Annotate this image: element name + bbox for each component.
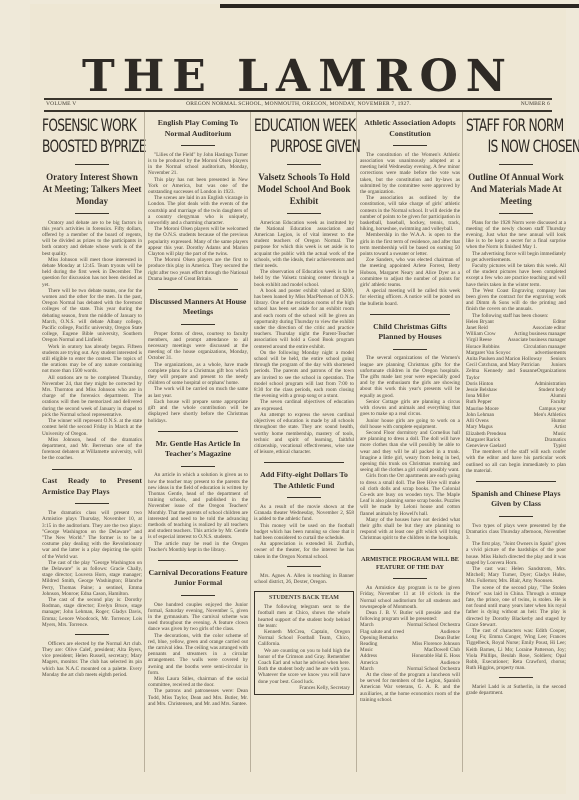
divider [476,481,556,482]
article-text: The advertising force will begin immedia… [466,251,566,263]
article-text: The cast of the second play is: Dorothy … [42,597,142,628]
article-text: This play has not been presented in New … [148,177,248,196]
article-text: An Armistice day program is to be given … [360,585,460,610]
divider [499,516,533,517]
headline-education-1: EDUCATION WEEK [254,116,326,137]
article-text: The decorations, with the color scheme o… [148,633,248,676]
headline-carnival: Carnival Decorations Feature Junior Form… [148,568,248,589]
column-rule [356,112,357,772]
article-text: The seven cardinal objectives of educati… [254,399,354,411]
article-text: The first play, "Joint Owners in Spain" … [466,541,566,566]
article-text: Plans for the 1928 Norm were discussed a… [466,220,566,251]
list-item-role: Organizations [537,368,566,380]
volume-label: VOLUME V [46,101,76,107]
article-text: The cast was: Helen Sandstrom, Mrs. Mitc… [466,566,566,585]
article-text: As a result of the movie shown at the Gr… [254,504,354,523]
headline-english-play: English Play Coming To Normal Auditorium [148,118,248,139]
divider [158,289,238,290]
divider [52,469,132,470]
divider [393,145,427,146]
headline-athletic-fund: Add Fifty-eight Dollars To The Athletic … [254,470,354,491]
article-text: Proper forms of dress, courtesy to facul… [148,331,248,362]
article-text: The constitution of the Women's Athletic… [360,152,460,195]
article-text: Oratory and debate are to be big factors… [42,220,142,257]
divider [181,595,215,596]
article-text: The winner will represent O.N.S. at the … [42,418,142,437]
article-text: The dramatics class will present two Arm… [42,510,142,560]
article-text: A book and poster exhibit valued at $200… [254,288,354,350]
masthead-rule-bottom [44,110,552,112]
headline-cast: Cast Ready to Present Armistice Day Play… [42,476,142,497]
article-text: The patrons and patronesses were: Dean T… [148,688,248,707]
staff-list: Helen BryantEditorJanet ReidAssociate ed… [466,319,566,449]
article-text: A special meeting will be called this we… [360,288,460,307]
divider [181,145,215,146]
article-text: Second Floor dormitory and Cornelius hal… [360,430,460,473]
article-text: Senior Cottage girls are planning a circ… [360,399,460,418]
divider [158,431,238,432]
article-text: The several organizations of the Women's… [360,355,460,398]
article-text: The members of the staff will each confe… [466,449,566,474]
scan-edge [220,4,579,8]
headline-staff-2: IS NOW CHOSEN [466,137,538,158]
article-text: An appreciation is extended H. Zurfluh, … [254,541,354,560]
box-signature: Frances Kelly, Secretary [258,685,350,691]
column-5: STAFF FOR NORM IS NOW CHOSEN Outline Of … [466,116,566,697]
column-rule [250,112,251,772]
article-text: Faculty pictures will be taken this week… [466,263,566,288]
article-text: At the close of the program a luncheon w… [360,672,460,703]
article-text: The scenes are laid in an English vicara… [148,195,248,226]
box-title: STUDENTS BACK TEAM [258,595,350,601]
divider [287,497,321,498]
divider [287,566,321,567]
divider [370,549,450,550]
dateline-text: OREGON NORMAL SCHOOL, MONMOUTH, OREGON, … [186,101,411,107]
column-4: Athletic Association Adopts Constitution… [360,116,460,703]
headline-manners: Discussed Manners At House Meetings [148,297,248,318]
program-list: MarchNormal School OrchestraFlag salute … [360,622,460,672]
article-text: Girls from the Orr apartments are each g… [360,473,460,516]
divider [287,164,321,165]
article-text: Membership in the W.A.A. is open to the … [360,232,460,257]
article-text: American Education week as instituted by… [254,220,354,270]
article-text: Two types of plays were presented by the… [466,523,566,542]
article-text: Zoe Sanders, who was elected chairman of… [360,257,460,288]
deck-annual: Outline Of Annual Work And Materials Mad… [466,171,566,207]
headline-education-2: PURPOSE GIVEN [254,137,326,158]
article-text: The cast of the play "George Washington … [42,560,142,597]
headline-forensic-2: BOOSTED BYPRIZE [42,137,114,158]
article-text: This money will be used on the football … [254,523,354,542]
article-text: The cast of characters was: Edith Cooper… [466,628,566,671]
divider [75,213,109,214]
divider [370,314,450,315]
list-item: Zelma Kennedy and Susanne TaylorOrganiza… [466,368,566,380]
article-text: Dean J. B. V. Butler will preside and th… [360,610,460,622]
divider [264,462,344,463]
divider [158,560,238,561]
divider [393,349,427,350]
article-text: The West Coast Engraving company has bee… [466,288,566,313]
divider [393,578,427,579]
deck-valsetz: Valsetz Schools To Hold Model School And… [254,171,354,207]
article-text: We are counting on you to hold high the … [258,648,350,685]
headline-gentle: Mr. Gentle Has Article In Teacher's Maga… [148,439,248,460]
column-1: FOSENSIC WORK BOOSTED BYPRIZE Oratory In… [42,116,142,678]
article-text: The Moroni Olsen players are the first t… [148,257,248,282]
article-text: Miss Laura Stiles, chairman of the socia… [148,676,248,688]
deck-oratory: Oratory Interest Shown At Meeting; Talke… [42,171,142,207]
column-3: EDUCATION WEEK PURPOSE GIVEN Valsetz Sch… [254,116,354,695]
article-text: Each house will prepare some appropriate… [148,399,248,424]
column-2: English Play Coming To Normal Auditorium… [148,116,248,707]
headline-staff-1: STAFF FOR NORM [466,116,538,137]
divider [75,503,109,504]
article-text: All orations are to be completed Thursda… [42,375,142,418]
masthead-title: THE LAMRON [40,52,556,102]
headline-athletic-association: Athletic Association Adopts Constitution [360,118,460,139]
headline-armistice: ARMISTICE PROGRAM WILL BE FEATURE OF THE… [360,556,460,572]
article-text: An article in which a solution is given … [148,472,248,540]
article-text: The Moroni Olsen players will be welcome… [148,226,248,257]
article-text: Officers are elected by the Normal Art c… [42,641,142,678]
article-text: The following telegram sent to the footb… [258,604,350,629]
article-text: Mrs. Agnes A. Allen is teaching in Banne… [254,573,354,585]
masthead-rule-top [44,98,552,100]
divider [499,213,533,214]
article-text: Mariel Ladd is at Sutherlin, in the seco… [466,684,566,696]
headline-christmas-gifts: Child Christmas Gifts Planned by Houses [360,322,460,343]
divider [181,324,215,325]
article-text: The article may be read in the Oregon Te… [148,541,248,553]
dateline: VOLUME V OREGON NORMAL SCHOOL, MONMOUTH,… [46,101,550,107]
article-text: Miss Johnson will meet those interested … [42,257,142,288]
divider [499,677,533,678]
article-text: On the following Monday night a model sc… [254,350,354,400]
headline-spanish-chinese: Spanish and Chinese Plays Given by Class [466,489,566,510]
article-text: Miss Johnson, head of the dramatics depa… [42,437,142,462]
article-text: An attempt to express the seven cardinal… [254,412,354,455]
article-text: One hundred couples enjoyed the Junior f… [148,602,248,633]
divider [181,466,215,467]
telegram-box: STUDENTS BACK TEAM The following telegra… [254,591,354,695]
divider [287,213,321,214]
article-text: There will be two debate teams, one for … [42,288,142,344]
article-text: Many of the houses have not decided what… [360,517,460,542]
issue-number: NUMBER 6 [521,101,550,107]
article-text: Kenneth McCrea, Captain, Oregon Normal S… [258,629,350,648]
article-text: The work will be carried on much the sam… [148,386,248,398]
divider [499,164,533,165]
column-rule [462,112,463,772]
headline-forensic-1: FOSENSIC WORK [42,116,114,137]
article-text: The observation of Education week is to … [254,269,354,288]
article-text: The scene of the second play, "The Stole… [466,585,566,628]
article-text: The association as outlined by the const… [360,195,460,232]
column-rule [144,112,145,772]
article-text: Junior house girls are going to work on … [360,418,460,430]
article-text: The organizations, as a whole, have made… [148,362,248,387]
divider [75,164,109,165]
divider [75,634,109,635]
article-text: Work in oratory has already begun. Fifte… [42,344,142,375]
list-item-name: Zelma Kennedy and Susanne Taylor [466,368,537,380]
article-text: "Lilies of the Field" by John Hastings T… [148,152,248,177]
